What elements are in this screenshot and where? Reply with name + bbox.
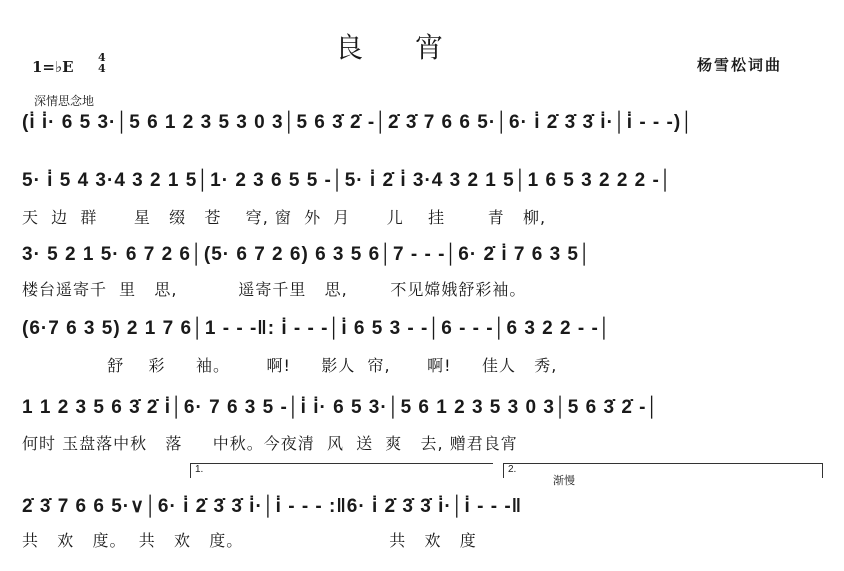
notation-line: (6·7 6 3 5) 2 1 7 6│1 - - -‖: i̇ - - -│i… xyxy=(22,318,612,340)
lyrics-line: 楼台遥寄千 里 思, 遥寄千里 思, 不见嫦娥舒彩袖。 xyxy=(22,277,526,300)
notation-line: 1 1 2 3 5 6 3̇ 2̇ i̇│6· 7 6 3 5 -│i̇ i̇·… xyxy=(22,397,659,419)
lyrics-line: 共 欢 度。 共 欢 度。 共 欢 度 xyxy=(22,528,477,551)
tempo-marking: 渐慢 xyxy=(553,472,575,488)
lyrics-line: 何时 玉盘落中秋 落 中秋。今夜清 风 送 爽 去, 赠君良宵 xyxy=(22,431,518,454)
time-bottom: 4 xyxy=(98,63,106,74)
author-credit: 杨雪松词曲 xyxy=(697,54,782,75)
notation-line: 2̇ 3̇ 7 6 6 5·∨│6· i̇ 2̇ 3̇ 3̇ i̇·│i̇ - … xyxy=(22,495,522,518)
volta-bracket-2: 2. xyxy=(503,463,823,478)
expression-marking: 深情思念地 xyxy=(34,92,94,109)
key-signature: 1=♭E xyxy=(32,58,74,76)
volta-label-2: 2. xyxy=(508,464,516,475)
notation-line: 3· 5 2 1 5· 6 7 2 6│(5· 6 7 2 6) 6 3 5 6… xyxy=(22,244,592,266)
time-signature: 4 4 xyxy=(98,52,106,74)
notation-line: 5· i̇ 5 4 3·4 3 2 1 5│1· 2 3 6 5 5 -│5· … xyxy=(22,170,673,192)
lyrics-line: 天 边 群 星 缀 苍 穹, 窗 外 月 儿 挂 青 柳, xyxy=(22,205,546,228)
song-title: 良宵 xyxy=(335,26,495,66)
volta-bracket-1: 1. xyxy=(190,463,493,478)
lyrics-line: 舒 彩 袖。 啊! 影人 帘, 啊! 佳人 秀, xyxy=(22,353,557,376)
volta-label-1: 1. xyxy=(195,464,203,475)
notation-line: (i̇ i̇· 6 5 3·│5 6 1 2 3 5 3 0 3│5 6 3̇ … xyxy=(22,112,694,134)
